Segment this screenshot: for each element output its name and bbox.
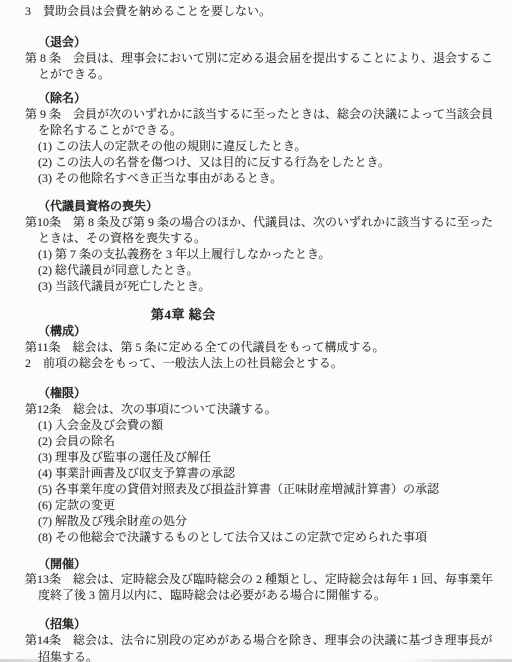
paragraph-3-supporting-members: 3 賛助会員は会費を納めることを要しない。 xyxy=(25,4,271,19)
section-heading-convocation: （招集） xyxy=(38,617,86,632)
article-10-item-1: (1) 第 7 条の支払義務を 3 年以上履行しなかったとき。 xyxy=(38,247,331,262)
article-14-line-1: 第14条 総会は、法令に別段の定めがある場合を除き、理事会の決議に基づき理事長が xyxy=(25,633,493,648)
article-10-line-2: ときは、その資格を喪失する。 xyxy=(38,231,206,246)
section-heading-composition: （構成） xyxy=(38,324,86,339)
article-12-item-1: (1) 入会金及び会費の額 xyxy=(38,418,163,433)
article-12-item-2: (2) 会員の除名 xyxy=(38,434,115,449)
article-12-item-5: (5) 各事業年度の貸借対照表及び損益計算書（正味財産増減計算書）の承認 xyxy=(38,482,439,497)
section-heading-holding: （開催） xyxy=(38,557,86,572)
article-10-item-3: (3) 当該代議員が死亡したとき。 xyxy=(38,279,211,294)
section-heading-expulsion: （除名） xyxy=(38,91,86,106)
article-11-paragraph-2: 2 前項の総会をもって、一般法人法上の社員総会とする。 xyxy=(25,356,343,371)
article-13-line-1: 第13条 総会は、定時総会及び臨時総会の 2 種類とし、定時総会は毎年 1 回、… xyxy=(25,572,493,587)
article-9-line-1: 第 9 条 会員が次のいずれかに該当するに至ったときは、総会の決議によって当該会… xyxy=(25,107,493,122)
section-heading-authority: （権限） xyxy=(38,386,86,401)
article-8-line-1: 第 8 条 会員は、理事会において別に定める退会届を提出することにより、退会する… xyxy=(25,51,493,66)
article-9-item-3: (3) その他除名すべき正当な事由があるとき。 xyxy=(38,171,282,186)
article-11-line-1: 第11条 総会は、第 5 条に定める全ての代議員をもって構成する。 xyxy=(25,340,385,355)
article-12-line-1: 第12条 総会は、次の事項について決議する。 xyxy=(25,402,277,417)
article-12-item-8: (8) その他総会で決議するものとして法令又はこの定款で定められた事項 xyxy=(38,530,427,545)
article-8-line-2: とができる。 xyxy=(38,67,110,82)
article-12-item-3: (3) 理事及び監事の選任及び解任 xyxy=(38,450,211,465)
article-12-item-7: (7) 解散及び残余財産の処分 xyxy=(38,514,187,529)
section-heading-loss-of-delegate-status: （代議員資格の喪失） xyxy=(38,199,158,214)
article-9-line-2: を除名することができる。 xyxy=(38,123,182,138)
article-9-item-1: (1) この法人の定款その他の規則に違反したとき。 xyxy=(38,139,307,154)
article-12-item-6: (6) 定款の変更 xyxy=(38,498,115,513)
document-page: 3 賛助会員は会費を納めることを要しない。（退会）第 8 条 会員は、理事会にお… xyxy=(0,0,512,662)
article-12-item-4: (4) 事業計画書及び収支予算書の承認 xyxy=(38,466,235,481)
article-10-item-2: (2) 総代議員が同意したとき。 xyxy=(38,263,199,278)
article-13-line-2: 度終了後 3 箇月以内に、臨時総会は必要がある場合に開催する。 xyxy=(38,588,386,603)
chapter-4-heading: 第4章 総会 xyxy=(151,307,216,322)
article-9-item-2: (2) この法人の名誉を傷つけ、又は目的に反する行為をしたとき。 xyxy=(38,155,390,170)
article-10-line-1: 第10条 第 8 条及び第 9 条の場合のほか、代議員は、次のいずれかに該当する… xyxy=(25,215,493,230)
section-heading-withdrawal: （退会） xyxy=(38,35,86,50)
